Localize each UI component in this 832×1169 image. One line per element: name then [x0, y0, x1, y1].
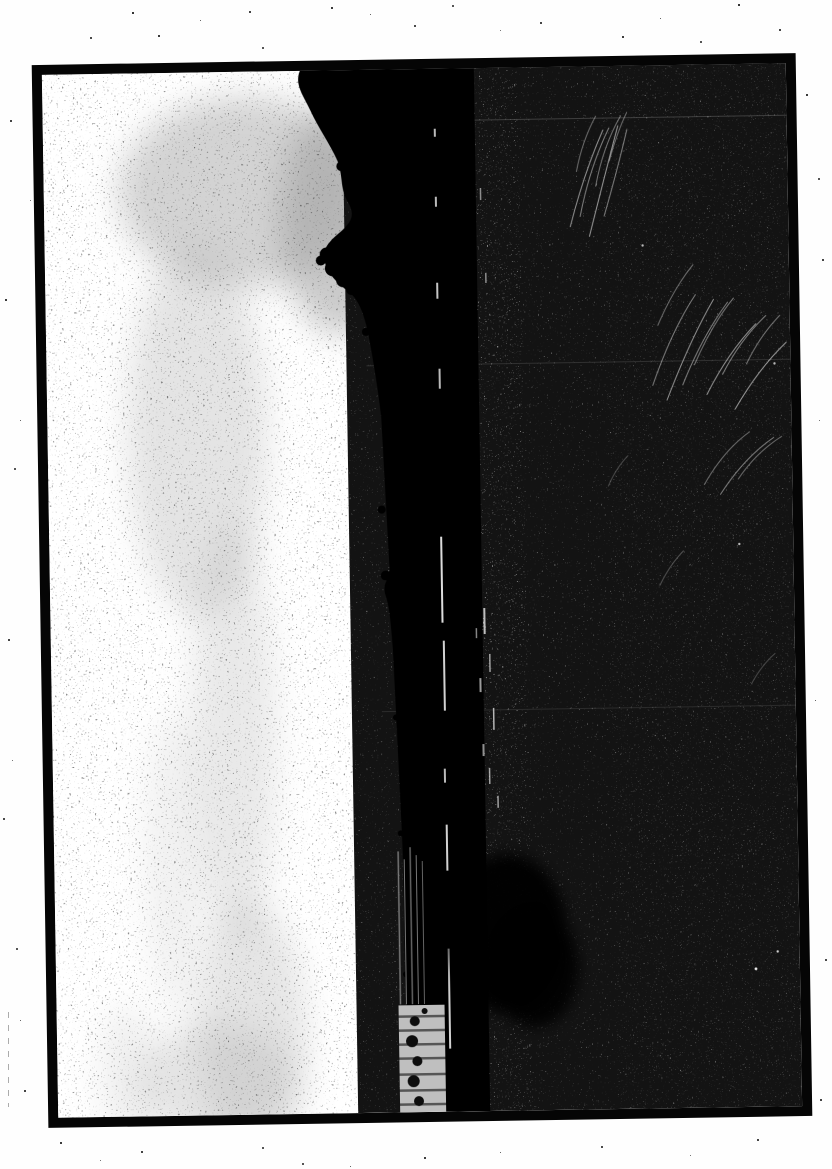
- ground-speckle-right: [602, 63, 802, 1109]
- scan-scratch-line: [8, 1012, 9, 1107]
- photograph-image: [42, 63, 802, 1118]
- scan-dust-specks-fine: [0, 0, 1, 1]
- photograph-frame: [32, 53, 813, 1128]
- scanned-page: [0, 0, 832, 1169]
- foreground-bank: [398, 1001, 450, 1113]
